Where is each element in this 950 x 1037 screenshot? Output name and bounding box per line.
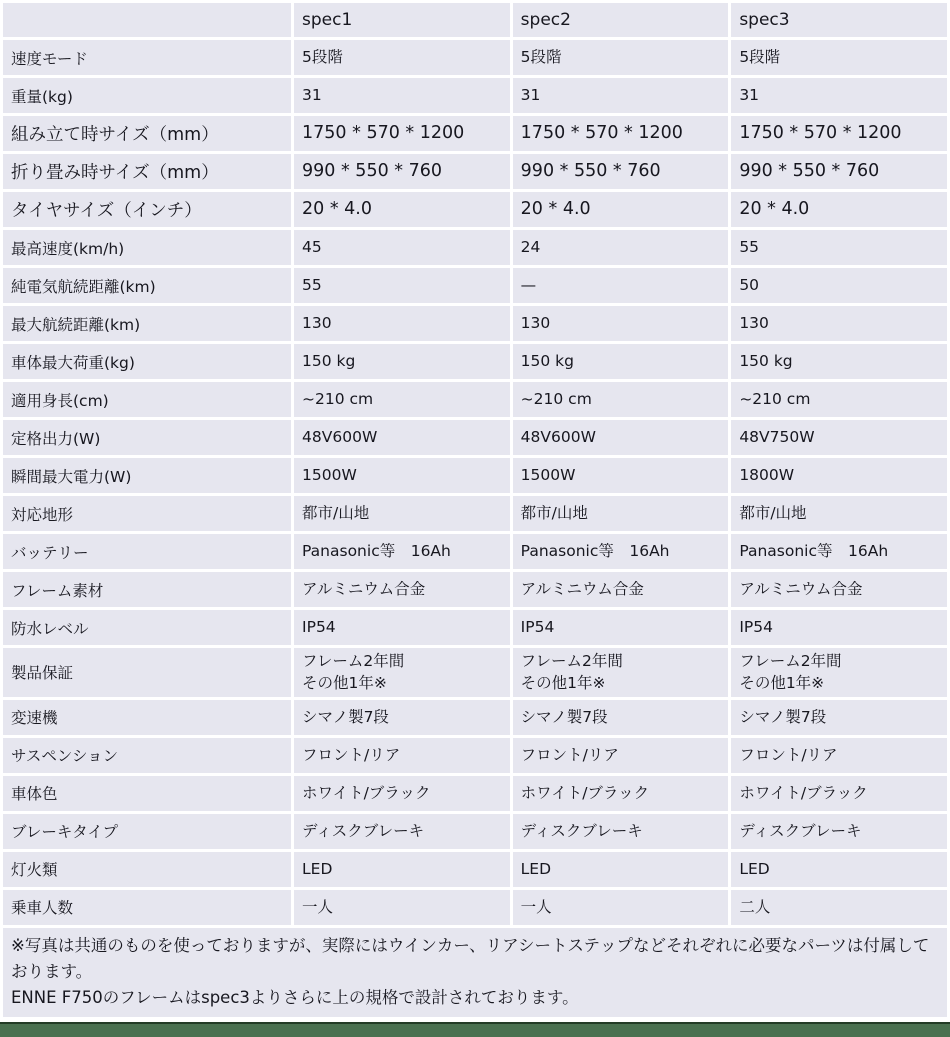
spec2-value: 130 xyxy=(513,306,729,341)
table-row: フレーム素材 アルミニウム合金 アルミニウム合金 アルミニウム合金 xyxy=(3,572,947,607)
spec1-value: LED xyxy=(294,852,510,887)
spec2-value: ホワイト/ブラック xyxy=(513,776,729,811)
spec2-value: — xyxy=(513,268,729,303)
table-row: 最高速度(km/h) 45 24 55 xyxy=(3,230,947,265)
table-row: 重量(kg) 31 31 31 xyxy=(3,78,947,113)
spec3-value: 55 xyxy=(731,230,947,265)
spec3-value: 130 xyxy=(731,306,947,341)
spec2-value: 5段階 xyxy=(513,40,729,75)
spec1-value: ~210 cm xyxy=(294,382,510,417)
table-row: 組み立て時サイズ（mm） 1750 * 570 * 1200 1750 * 57… xyxy=(3,116,947,151)
table-header: spec1 spec2 spec3 xyxy=(3,3,947,37)
table-row: ブレーキタイプ ディスクブレーキ ディスクブレーキ ディスクブレーキ xyxy=(3,814,947,849)
table-row: 適用身長(cm) ~210 cm ~210 cm ~210 cm xyxy=(3,382,947,417)
header-empty-cell xyxy=(3,3,291,37)
table-row: バッテリー Panasonic等 16Ah Panasonic等 16Ah Pa… xyxy=(3,534,947,569)
spec3-value: Panasonic等 16Ah xyxy=(731,534,947,569)
spec1-value: ホワイト/ブラック xyxy=(294,776,510,811)
table-row: 対応地形 都市/山地 都市/山地 都市/山地 xyxy=(3,496,947,531)
spec-row-label: 灯火類 xyxy=(3,852,291,887)
header-row: spec1 spec2 spec3 xyxy=(3,3,947,37)
table-row: サスペンション フロント/リア フロント/リア フロント/リア xyxy=(3,738,947,773)
spec-row-label: 車体色 xyxy=(3,776,291,811)
spec3-value: 二人 xyxy=(731,890,947,925)
table-row: 変速機 シマノ製7段 シマノ製7段 シマノ製7段 xyxy=(3,700,947,735)
spec3-value: LED xyxy=(731,852,947,887)
spec1-value: 130 xyxy=(294,306,510,341)
spec2-value: 20 * 4.0 xyxy=(513,192,729,227)
spec-comparison-table: spec1 spec2 spec3 速度モード 5段階 5段階 5段階 重量(k… xyxy=(0,0,950,928)
spec3-value: アルミニウム合金 xyxy=(731,572,947,607)
table-row: 車体色 ホワイト/ブラック ホワイト/ブラック ホワイト/ブラック xyxy=(3,776,947,811)
spec-row-label: 適用身長(cm) xyxy=(3,382,291,417)
spec2-value: LED xyxy=(513,852,729,887)
table-row: 乗車人数 一人 一人 二人 xyxy=(3,890,947,925)
spec3-value: フロント/リア xyxy=(731,738,947,773)
spec-row-label: 純電気航続距離(km) xyxy=(3,268,291,303)
spec3-value: 990 * 550 * 760 xyxy=(731,154,947,189)
spec2-value: ディスクブレーキ xyxy=(513,814,729,849)
spec-row-label: 瞬間最大電力(W) xyxy=(3,458,291,493)
spec2-value: 都市/山地 xyxy=(513,496,729,531)
spec2-value: 一人 xyxy=(513,890,729,925)
spec3-value: ディスクブレーキ xyxy=(731,814,947,849)
spec-row-label: 車体最大荷重(kg) xyxy=(3,344,291,379)
spec-row-label: 重量(kg) xyxy=(3,78,291,113)
spec1-value: シマノ製7段 xyxy=(294,700,510,735)
spec2-value: フロント/リア xyxy=(513,738,729,773)
spec2-value: 1750 * 570 * 1200 xyxy=(513,116,729,151)
spec-row-label: 定格出力(W) xyxy=(3,420,291,455)
spec-row-label: 変速機 xyxy=(3,700,291,735)
spec1-value: Panasonic等 16Ah xyxy=(294,534,510,569)
spec3-value: 50 xyxy=(731,268,947,303)
spec3-value: 1800W xyxy=(731,458,947,493)
spec-row-label: 折り畳み時サイズ（mm） xyxy=(3,154,291,189)
footnote: ※写真は共通のものを使っておりますが、実際にはウインカー、リアシートステップなど… xyxy=(3,928,947,1017)
table-row: 折り畳み時サイズ（mm） 990 * 550 * 760 990 * 550 *… xyxy=(3,154,947,189)
spec2-value: Panasonic等 16Ah xyxy=(513,534,729,569)
spec-row-label: タイヤサイズ（インチ） xyxy=(3,192,291,227)
footnote-line-2: ENNE F750のフレームはspec3よりさらに上の規格で設計されております。 xyxy=(11,985,939,1011)
spec-row-label: 防水レベル xyxy=(3,610,291,645)
header-spec3: spec3 xyxy=(731,3,947,37)
spec3-value: IP54 xyxy=(731,610,947,645)
table-row: 瞬間最大電力(W) 1500W 1500W 1800W xyxy=(3,458,947,493)
spec-row-label: 対応地形 xyxy=(3,496,291,531)
table-row: 最大航続距離(km) 130 130 130 xyxy=(3,306,947,341)
spec1-value: ディスクブレーキ xyxy=(294,814,510,849)
spec-row-label: サスペンション xyxy=(3,738,291,773)
spec-row-label: バッテリー xyxy=(3,534,291,569)
spec3-value: 150 kg xyxy=(731,344,947,379)
spec3-value: 1750 * 570 * 1200 xyxy=(731,116,947,151)
spec3-value: 48V750W xyxy=(731,420,947,455)
header-spec2: spec2 xyxy=(513,3,729,37)
spec3-value: シマノ製7段 xyxy=(731,700,947,735)
spec1-value: アルミニウム合金 xyxy=(294,572,510,607)
table-body: 速度モード 5段階 5段階 5段階 重量(kg) 31 31 31 組み立て時サ… xyxy=(3,40,947,925)
spec3-value: 都市/山地 xyxy=(731,496,947,531)
spec-row-label: 組み立て時サイズ（mm） xyxy=(3,116,291,151)
spec1-value: フレーム2年間 その他1年※ xyxy=(294,648,510,697)
spec1-value: IP54 xyxy=(294,610,510,645)
table-row: 製品保証 フレーム2年間 その他1年※ フレーム2年間 その他1年※ フレーム2… xyxy=(3,648,947,697)
spec3-value: ~210 cm xyxy=(731,382,947,417)
table-row: タイヤサイズ（インチ） 20 * 4.0 20 * 4.0 20 * 4.0 xyxy=(3,192,947,227)
spec1-value: 1500W xyxy=(294,458,510,493)
spec1-value: フロント/リア xyxy=(294,738,510,773)
spec-row-label: 速度モード xyxy=(3,40,291,75)
spec-row-label: 製品保証 xyxy=(3,648,291,697)
header-spec1: spec1 xyxy=(294,3,510,37)
table-row: 車体最大荷重(kg) 150 kg 150 kg 150 kg xyxy=(3,344,947,379)
spec-row-label: ブレーキタイプ xyxy=(3,814,291,849)
spec1-value: 1750 * 570 * 1200 xyxy=(294,116,510,151)
spec1-value: 20 * 4.0 xyxy=(294,192,510,227)
spec2-value: アルミニウム合金 xyxy=(513,572,729,607)
spec-row-label: フレーム素材 xyxy=(3,572,291,607)
spec1-value: 都市/山地 xyxy=(294,496,510,531)
spec2-value: ~210 cm xyxy=(513,382,729,417)
spec2-value: 48V600W xyxy=(513,420,729,455)
spec1-value: 55 xyxy=(294,268,510,303)
footnote-line-1: ※写真は共通のものを使っておりますが、実際にはウインカー、リアシートステップなど… xyxy=(11,933,939,985)
table-row: 純電気航続距離(km) 55 — 50 xyxy=(3,268,947,303)
spec1-value: 48V600W xyxy=(294,420,510,455)
spec-row-label: 最大航続距離(km) xyxy=(3,306,291,341)
spec1-value: 150 kg xyxy=(294,344,510,379)
table-row: 防水レベル IP54 IP54 IP54 xyxy=(3,610,947,645)
table-row: 灯火類 LED LED LED xyxy=(3,852,947,887)
table-row: 定格出力(W) 48V600W 48V600W 48V750W xyxy=(3,420,947,455)
spec2-value: 990 * 550 * 760 xyxy=(513,154,729,189)
spec2-value: 24 xyxy=(513,230,729,265)
spec1-value: 45 xyxy=(294,230,510,265)
spec-sheet-page: spec1 spec2 spec3 速度モード 5段階 5段階 5段階 重量(k… xyxy=(0,0,950,1037)
spec1-value: 31 xyxy=(294,78,510,113)
spec2-value: 1500W xyxy=(513,458,729,493)
spec3-value: フレーム2年間 その他1年※ xyxy=(731,648,947,697)
spec-row-label: 乗車人数 xyxy=(3,890,291,925)
spec-row-label: 最高速度(km/h) xyxy=(3,230,291,265)
spec1-value: 5段階 xyxy=(294,40,510,75)
spec2-value: フレーム2年間 その他1年※ xyxy=(513,648,729,697)
spec3-value: 20 * 4.0 xyxy=(731,192,947,227)
spec2-value: IP54 xyxy=(513,610,729,645)
spec2-value: 150 kg xyxy=(513,344,729,379)
spec2-value: シマノ製7段 xyxy=(513,700,729,735)
spec3-value: ホワイト/ブラック xyxy=(731,776,947,811)
table-row: 速度モード 5段階 5段階 5段階 xyxy=(3,40,947,75)
spec1-value: 一人 xyxy=(294,890,510,925)
spec3-value: 5段階 xyxy=(731,40,947,75)
spec2-value: 31 xyxy=(513,78,729,113)
spec3-value: 31 xyxy=(731,78,947,113)
spec1-value: 990 * 550 * 760 xyxy=(294,154,510,189)
